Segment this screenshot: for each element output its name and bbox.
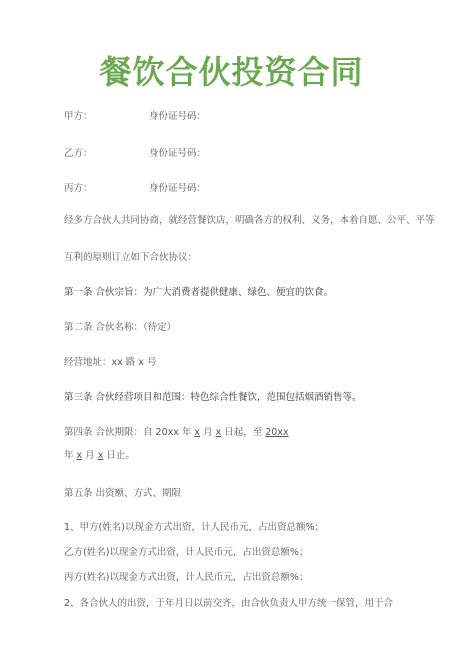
party-a-id-label: 身份证号码：	[149, 110, 206, 124]
intro-line-2: 互利的原则订立如下合伙协议：	[64, 251, 197, 265]
party-c-id-label: 身份证号码：	[149, 182, 206, 196]
contribution-1: 1、甲方(姓名)以现金方式出资，计人民币元，占出资总额%；	[64, 521, 324, 535]
article-1: 第一条 合伙宗旨：为广大消费者提供健康、绿色、便宜的饮食。	[64, 286, 333, 300]
day-unit: 日止。	[103, 450, 135, 461]
day-unit: 日起，至	[221, 427, 265, 438]
intro-line-1: 经多方合伙人共同协商，就经营餐饮店，明确各方的权利、义务，本着自愿、公平、平等	[64, 214, 435, 228]
contribution-2: 乙方(姓名)以现金方式出资，计人民币元，占出资总额%；	[64, 546, 308, 560]
document-title: 餐饮合伙投资合同	[0, 50, 463, 94]
article-4-line-1: 第四条 合伙期限：自 20xx 年 x 月 x 日起，至 20xx	[64, 426, 289, 440]
month-unit: 月	[200, 427, 216, 438]
party-a-label: 甲方：	[64, 110, 93, 124]
month-unit: 月	[82, 450, 98, 461]
business-address: 经营地址：xx 路 x 号	[64, 356, 156, 370]
end-year: 20xx	[265, 427, 288, 438]
party-b-id-label: 身份证号码：	[149, 147, 206, 161]
year-unit: 年	[64, 450, 77, 461]
article-5: 第五条 出资额、方式、期限	[64, 487, 181, 501]
article-3: 第三条 合伙经营项目和范围：特色综合性餐饮，范围包括烟酒销售等。	[64, 391, 362, 405]
party-c-label: 丙方：	[64, 182, 93, 196]
contribution-3: 丙方(姓名)以现金方式出资，计人民币元，占出资总额%；	[64, 571, 308, 585]
article-4-line-2: 年 x 月 x 日止。	[64, 449, 135, 463]
contribution-4: 2、各合伙人的出资，于年月日以前交齐，由合伙负责人甲方统一保管，用于合	[64, 597, 393, 611]
article-4-prefix: 第四条 合伙期限：自 20xx 年	[64, 427, 194, 438]
party-b-label: 乙方：	[64, 147, 93, 161]
article-2: 第二条 合伙名称：（待定）	[64, 321, 176, 335]
